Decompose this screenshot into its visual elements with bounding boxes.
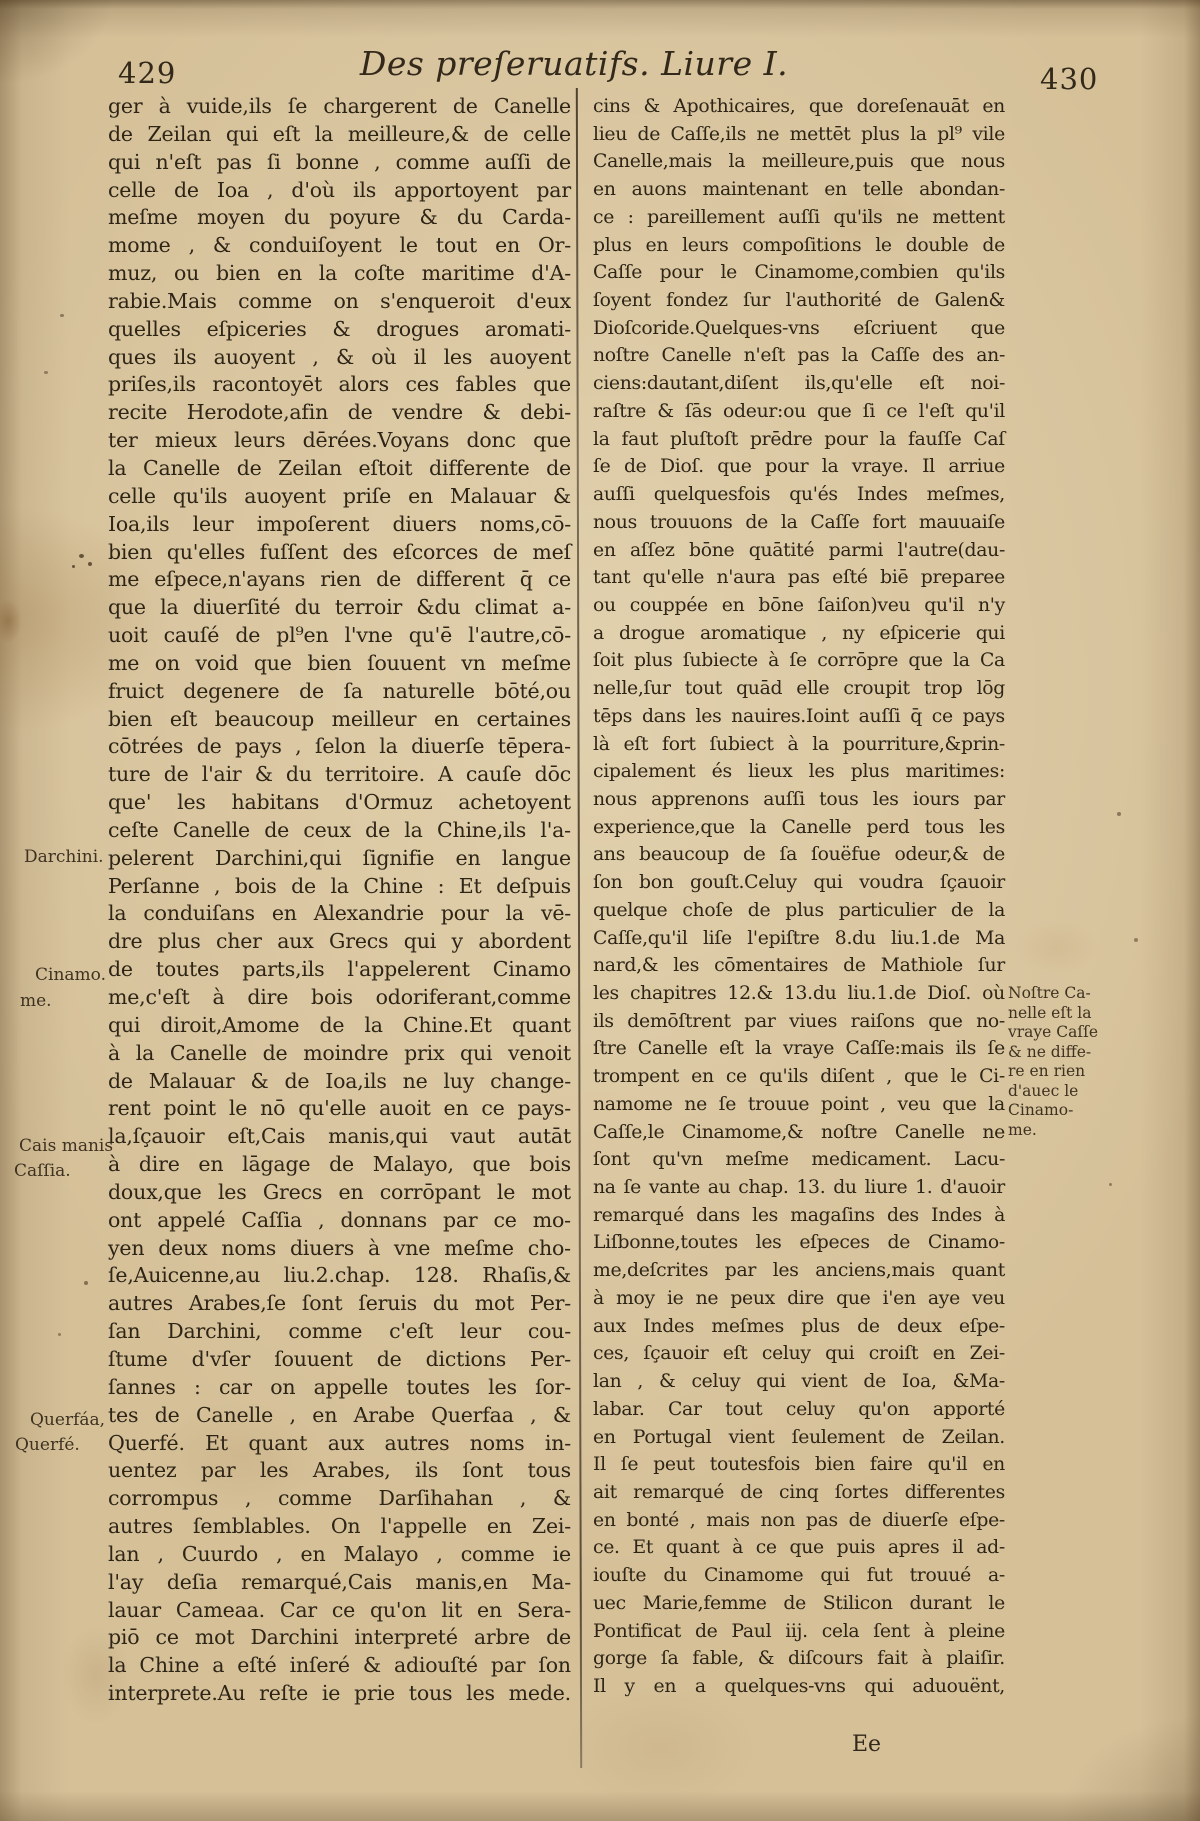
text-line: ſe,Auicenne,auliu.2.chap.128.Rhaſis,&: [108, 1262, 571, 1290]
running-title: Des preſeruatifs. Liure I.: [324, 44, 824, 83]
text-line: ce.Etquantàcequepuisapresilad-: [593, 1534, 1005, 1562]
text-line: experience,quelaCanelleperdtousles: [593, 814, 1005, 842]
book-page-scan: 429 Des preſeruatifs. Liure I. 430 geràv…: [0, 0, 1200, 1821]
text-line: laCanelledeZeilaneſtoitdifferentede: [108, 455, 571, 483]
text-line: auxIndesmeſmesplusdedeuxeſpe-: [593, 1313, 1005, 1341]
text-line: bieneſtbeaucoupmeilleurencertaines: [108, 706, 571, 734]
text-line: Cinamo.: [20, 962, 106, 988]
text-line: Liſbonne,toutesleseſpecesdeCinamo-: [593, 1229, 1005, 1257]
page-number-right: 430: [1040, 62, 1098, 96]
text-line: aitremarquédecinqſortesdifferentes: [593, 1479, 1005, 1507]
text-line: Darchini.: [24, 845, 104, 870]
ink-speck: [88, 562, 92, 566]
text-line: mome,&conduiſoyentletoutenOr-: [108, 232, 571, 260]
catchword-signature: Ee: [852, 1732, 881, 1757]
text-line: àlaCanelledemoindreprixquivenoit: [108, 1040, 571, 1068]
text-line: queladiuerſitéduterroir&duclimata-: [108, 594, 571, 622]
text-line: geràvuide,ilsſechargerentdeCanelle: [108, 93, 571, 121]
text-line: & ne diffe-: [1008, 1043, 1098, 1063]
text-line: ſannes:caronappelletouteslesſor-: [108, 1374, 571, 1402]
text-line: deMalauar&deIoa,ilsneluychange-: [108, 1068, 571, 1096]
text-line: Querfé.: [15, 1433, 105, 1458]
text-line: Querfáa,: [15, 1408, 105, 1433]
text-line: tesdeCanelle,enArabeQuerfaa,&: [108, 1402, 571, 1430]
text-line: labar.Cartoutceluyqu'onapporté: [593, 1396, 1005, 1424]
text-line: piōcemotDarchiniinterpretéarbrede: [108, 1624, 571, 1652]
text-line: auſſiquelquesfoisqu'ésIndesmeſmes,: [593, 481, 1005, 509]
text-line: nelle,ſurtoutquādellecroupittroplōg: [593, 675, 1005, 703]
page-number-left: 429: [118, 56, 176, 90]
text-line: lafautpluſtoſtprēdrepourlafauſſeCaſ: [593, 426, 1005, 454]
text-line: corrompus,commeDarſihahan,&: [108, 1485, 571, 1513]
text-line: Dioſcoride.Quelques-vnseſcriuentque: [593, 315, 1005, 343]
text-line: priſes,ilsracontoyētalorscesfablesque: [108, 371, 571, 399]
text-line: Ioa,ilsleurimpoſerentdiuersnoms,cō-: [108, 511, 571, 539]
margin-note-cinamome: Cinamo.me.: [20, 962, 106, 1014]
text-line: Caſſe,qu'illiſel'epiſtre8.duliu.1.deMa: [593, 925, 1005, 953]
text-line: me.: [20, 988, 106, 1014]
text-line: làeſtfortſubiectàlapourriture,&prin-: [593, 731, 1005, 759]
ink-speck: [84, 1281, 88, 1285]
text-line: trompentencequ'ilsdiſent,queleCi-: [593, 1063, 1005, 1091]
text-line: PontificatdePauliij.celaſentàpleine: [593, 1618, 1005, 1646]
text-line: ſonbongouſt.Celuyquivoudraſçauoir: [593, 869, 1005, 897]
text-line: oucouppéeenbōneſaiſon)veuqu'iln'y: [593, 592, 1005, 620]
text-line: me,c'eſtàdireboisodoriferant,comme: [108, 984, 571, 1012]
text-line: lauarCameaa.Carcequ'onlitenSera-: [108, 1597, 571, 1625]
text-line: detoutesparts,ilsl'appelerentCinamo: [108, 956, 571, 984]
text-line: termieuxleursdērées.Voyansdoncque: [108, 427, 571, 455]
ink-speck: [58, 1333, 61, 1336]
text-line: autresſemblables.Onl'appelleenZei-: [108, 1513, 571, 1541]
text-line: Caſſe,leCinamome,&noſtreCanellene: [593, 1119, 1005, 1147]
text-line: celledeIoa,d'oùilsapportoyentpar: [108, 177, 571, 205]
text-line: nard,&lescōmentairesdeMathioleſur: [593, 952, 1005, 980]
text-line: enaſſezbōnequātitéparmil'autre(dau-: [593, 537, 1005, 565]
text-line: Ilſepeuttoutesfoisbienfairequ'ilen: [593, 1451, 1005, 1479]
text-line: ce:pareillementauſſiqu'ilsnemettent: [593, 204, 1005, 232]
text-line: me,deſcritesparlesanciens,maisquant: [593, 1257, 1005, 1285]
text-line: pelerentDarchini,quiſignifieenlangue: [108, 845, 571, 873]
text-line: raſtre&ſāsodeur:ouqueſicel'eſtqu'il: [593, 398, 1005, 426]
text-line: laChineaeſtéinſeré&adiouſtéparſon: [108, 1652, 571, 1680]
text-line: ciens:dautant,diſentils,qu'elleeſtnoi-: [593, 370, 1005, 398]
margin-note-cais-manis-cassia: Cais manisCaſſia.: [14, 1134, 113, 1184]
text-line: laconduiſansenAlexandriepourlavē-: [108, 900, 571, 928]
text-line: namomeneſetrouuepoint,veuquela: [593, 1091, 1005, 1119]
text-line: nousapprenonsauſſitouslesiourspar: [593, 786, 1005, 814]
text-line: quesilsauoyent,&oùillesauoyent: [108, 344, 571, 372]
text-line: nelle eſt la: [1008, 1004, 1098, 1024]
margin-note-nostre-canelle: Noſtre Ca-nelle eſt lavraye Caſſe& ne di…: [1008, 984, 1098, 1140]
left-text-column: geràvuide,ilsſechargerentdeCanelledeZeil…: [108, 93, 571, 1708]
text-line: la,ſçauoireſt,Caismanis,quivautautāt: [108, 1123, 571, 1151]
text-line: uecMarie,femmedeStilicondurantle: [593, 1590, 1005, 1618]
text-line: adroguearomatique,nyeſpiceriequi: [593, 620, 1005, 648]
text-line: enbonté,maisnonpasdediuerſeeſpe-: [593, 1507, 1005, 1535]
text-line: ſoitplusſubiecteàſecorrōprequelaCa: [593, 647, 1005, 675]
margin-note-darchini: Darchini.: [24, 845, 104, 870]
text-line: ſontqu'vnmeſmemedicament.Lacu-: [593, 1146, 1005, 1174]
text-line: noſtreCanellen'eſtpaslaCaſſedesan-: [593, 342, 1005, 370]
text-line: que'leshabitansd'Ormuzachetoyent: [108, 789, 571, 817]
ink-speck: [1117, 812, 1121, 816]
text-line: autresArabes,ſeſontſeruisdumotPer-: [108, 1290, 571, 1318]
text-line: drepluscherauxGrecsquiyabordent: [108, 928, 571, 956]
ink-speck: [79, 554, 84, 558]
text-line: plusenleurscompoſitionsledoublede: [593, 232, 1005, 260]
text-line: uoitcauſédepl⁹enl'vnequ'ēl'autre,cō-: [108, 622, 571, 650]
text-line: rabie.Maiscommeons'enqueroitd'eux: [108, 288, 571, 316]
paper-stain: [0, 592, 26, 650]
text-line: quin'eſtpasſibonne,commeauſſide: [108, 149, 571, 177]
text-line: l'aydeſiaremarqué,Caismanis,enMa-: [108, 1569, 571, 1597]
text-line: me.: [1008, 1121, 1098, 1141]
text-line: lieudeCaſſe,ilsnemettētpluslapl⁹vile: [593, 121, 1005, 149]
text-line: cōtréesdepays,ſelonladiuerſetēpera-: [108, 733, 571, 761]
text-line: quelleseſpiceries&droguesaromati-: [108, 316, 571, 344]
text-line: ſtumed'vſerſouuentdedictionsPer-: [108, 1346, 571, 1374]
text-line: gorgeſafable,&diſcoursfaitàplaiſir.: [593, 1645, 1005, 1673]
text-line: leschapitres12.&13.duliu.1.deDioſ.où: [593, 980, 1005, 1008]
text-line: muz,oubienenlacoſtemaritimed'A-: [108, 260, 571, 288]
text-line: quelquechoſedeplusparticulierdela: [593, 897, 1005, 925]
text-line: ontappeléCaſſia,donnansparcemo-: [108, 1207, 571, 1235]
text-line: Caſſia.: [14, 1159, 113, 1184]
text-line: d'auec le: [1008, 1082, 1098, 1102]
text-line: lan,&celuyquivientdeIoa,&Ma-: [593, 1368, 1005, 1396]
text-line: vraye Caſſe: [1008, 1023, 1098, 1043]
text-line: cipalementéslieuxlesplusmaritimes:: [593, 758, 1005, 786]
text-line: lan,Cuurdo,enMalayo,commeie: [108, 1541, 571, 1569]
text-line: re en rien: [1008, 1062, 1098, 1082]
right-text-column: cins&Apothicaires,quedoreſenauātenlieude…: [593, 93, 1005, 1701]
text-line: ſoyentfondezſurl'authoritédeGalen&: [593, 287, 1005, 315]
margin-note-querfaa-querfe: Querfáa,Querfé.: [15, 1408, 105, 1458]
text-line: noustrouuonsdelaCaſſefortmauuaiſe: [593, 509, 1005, 537]
text-line: ſedeDioſ.quepourlavraye.Ilarriue: [593, 453, 1005, 481]
text-line: àdireenlāgagedeMalayo,quebois: [108, 1151, 571, 1179]
text-line: cellequ'ilsauoyentpriſeenMalauar&: [108, 483, 571, 511]
ink-speck: [44, 371, 48, 374]
text-line: remarquédanslesmagaſinsdesIndesà: [593, 1202, 1005, 1230]
text-line: iouſteduCinamomequifuttrouuéa-: [593, 1562, 1005, 1590]
text-line: naſevanteauchap.13.duliure1.d'auoir: [593, 1174, 1005, 1202]
text-line: bienqu'ellesfuſſentdeseſcorcesdemeſ: [108, 539, 571, 567]
text-line: fruictdegeneredeſanaturellebōté,ou: [108, 678, 571, 706]
text-line: Noſtre Ca-: [1008, 984, 1098, 1004]
text-line: doux,quelesGrecsencorrōpantlemot: [108, 1179, 571, 1207]
text-line: àmoyienepeuxdirequei'enayeveu: [593, 1285, 1005, 1313]
ink-speck: [1134, 938, 1138, 942]
text-line: enPortugalvientſeulementdeZeilan.: [593, 1424, 1005, 1452]
text-line: ilsdemōſtrentparviuesraiſonsqueno-: [593, 1008, 1005, 1036]
text-line: deZeilanquieſtlameilleure,&decelle: [108, 121, 571, 149]
column-divider-rule: [576, 88, 582, 1768]
text-line: turedel'air&duterritoire.Acauſedōc: [108, 761, 571, 789]
text-line: Cinamo-: [1008, 1101, 1098, 1121]
text-line: ſanDarchini,commec'eſtleurcou-: [108, 1318, 571, 1346]
text-line: interprete.Aureſteieprietouslesmede.: [108, 1680, 571, 1708]
ink-speck: [72, 565, 75, 568]
text-line: Perſanne,boisdelaChine:Etdeſpuis: [108, 873, 571, 901]
text-line: tēpsdanslesnauires.Iointauſſiq̄cepays: [593, 703, 1005, 731]
text-line: ceſteCanelledeceuxdelaChine,ilsl'a-: [108, 817, 571, 845]
ink-speck: [60, 314, 64, 317]
text-line: Querfé.Etquantauxautresnomsin-: [108, 1430, 571, 1458]
text-line: Cais manis: [14, 1134, 113, 1159]
text-line: meeſpece,n'ayansriendedifferentq̄ce: [108, 566, 571, 594]
text-line: meſmemoyendupoyure&duCarda-: [108, 204, 571, 232]
text-line: cins&Apothicaires,quedoreſenauāten: [593, 93, 1005, 121]
text-line: quidiroit,AmomedelaChine.Etquant: [108, 1012, 571, 1040]
text-line: Canelle,maislameilleure,puisquenous: [593, 148, 1005, 176]
text-line: uentezparlesArabes,ilsſonttous: [108, 1457, 571, 1485]
text-line: meonvoidquebienſouuentvnmeſme: [108, 650, 571, 678]
text-line: reciteHerodote,afindevendre&debi-: [108, 399, 571, 427]
text-line: ſtreCanelleeſtlavrayeCaſſe:maisilsſe: [593, 1035, 1005, 1063]
text-line: tantqu'ellen'aurapaseſtébiēpreparee: [593, 564, 1005, 592]
text-line: rentpointlenōqu'elleauoitencepays-: [108, 1095, 571, 1123]
text-line: ces,ſçauoireſtceluyquicroiſtenZei-: [593, 1340, 1005, 1368]
ink-speck: [1109, 1183, 1112, 1186]
text-line: Ilyenaquelques-vnsquiaduouënt,: [593, 1673, 1005, 1701]
text-line: yendeuxnomsdiuersàvnemeſmecho-: [108, 1235, 571, 1263]
text-line: CaſſepourleCinamome,combienqu'ils: [593, 259, 1005, 287]
text-line: ansbeaucoupdeſaſouëfueodeur,&de: [593, 841, 1005, 869]
text-line: enauonsmaintenantentelleabondan-: [593, 176, 1005, 204]
